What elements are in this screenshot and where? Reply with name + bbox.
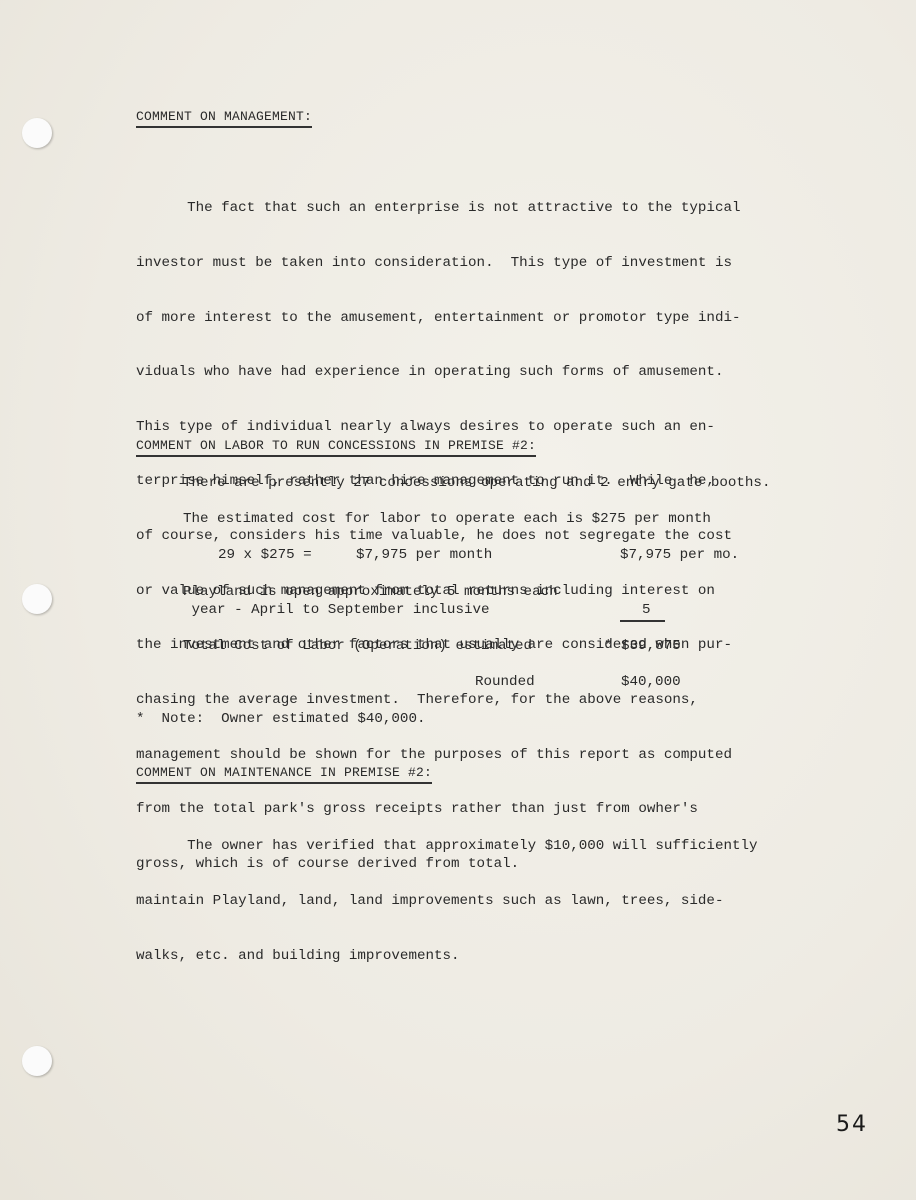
text-line: chasing the average investment. Therefor… — [136, 691, 796, 709]
text-line: This type of individual nearly always de… — [136, 418, 796, 436]
text-line: The fact that such an enterprise is not … — [136, 199, 796, 217]
rounded-value: $40,000 — [621, 673, 681, 691]
labor-heading: COMMENT ON LABOR TO RUN CONCESSIONS IN P… — [136, 438, 536, 457]
concessions-line: There are presently 27 concessions opera… — [183, 474, 770, 492]
months-value-text: 5 — [620, 602, 665, 622]
calc-result: $7,975 per month — [356, 546, 492, 564]
management-heading: COMMENT ON MANAGEMENT: — [136, 109, 312, 128]
months-value: 5 — [620, 601, 665, 619]
rounded-label: Rounded — [475, 673, 535, 691]
calc-formula: 29 x $275 = — [218, 546, 312, 564]
maintenance-heading: COMMENT ON MAINTENANCE IN PREMISE #2: — [136, 765, 432, 784]
cost-line: The estimated cost for labor to operate … — [183, 510, 711, 528]
text-line: viduals who have had experience in opera… — [136, 363, 796, 381]
text-line: management should be shown for the purpo… — [136, 746, 796, 764]
text-line: maintain Playland, land, land improvemen… — [136, 892, 796, 910]
text-line: walks, etc. and building improvements. — [136, 947, 796, 965]
document-page: COMMENT ON MANAGEMENT: The fact that suc… — [0, 0, 916, 1200]
binder-hole — [22, 584, 52, 614]
binder-hole — [22, 1046, 52, 1076]
page-number: 54 — [836, 1112, 868, 1137]
total-label: Total Cost of Labor (Operation) estimate… — [183, 637, 532, 655]
text-line: investor must be taken into consideratio… — [136, 254, 796, 272]
text-line: of course, considers his time valuable, … — [136, 527, 796, 545]
calc-right-value: $7,975 per mo. — [620, 546, 739, 564]
total-value: * $39,875 — [604, 637, 681, 655]
text-line: of more interest to the amusement, enter… — [136, 309, 796, 327]
management-paragraph: The fact that such an enterprise is not … — [136, 163, 796, 909]
months-line-2: year - April to September inclusive — [183, 601, 490, 619]
owner-note: * Note: Owner estimated $40,000. — [136, 710, 425, 728]
months-line-1: Playland is open approximately 5 months … — [183, 583, 558, 601]
maintenance-paragraph: The owner has verified that approximatel… — [136, 801, 796, 1001]
text-line: The owner has verified that approximatel… — [136, 837, 796, 855]
binder-hole — [22, 118, 52, 148]
